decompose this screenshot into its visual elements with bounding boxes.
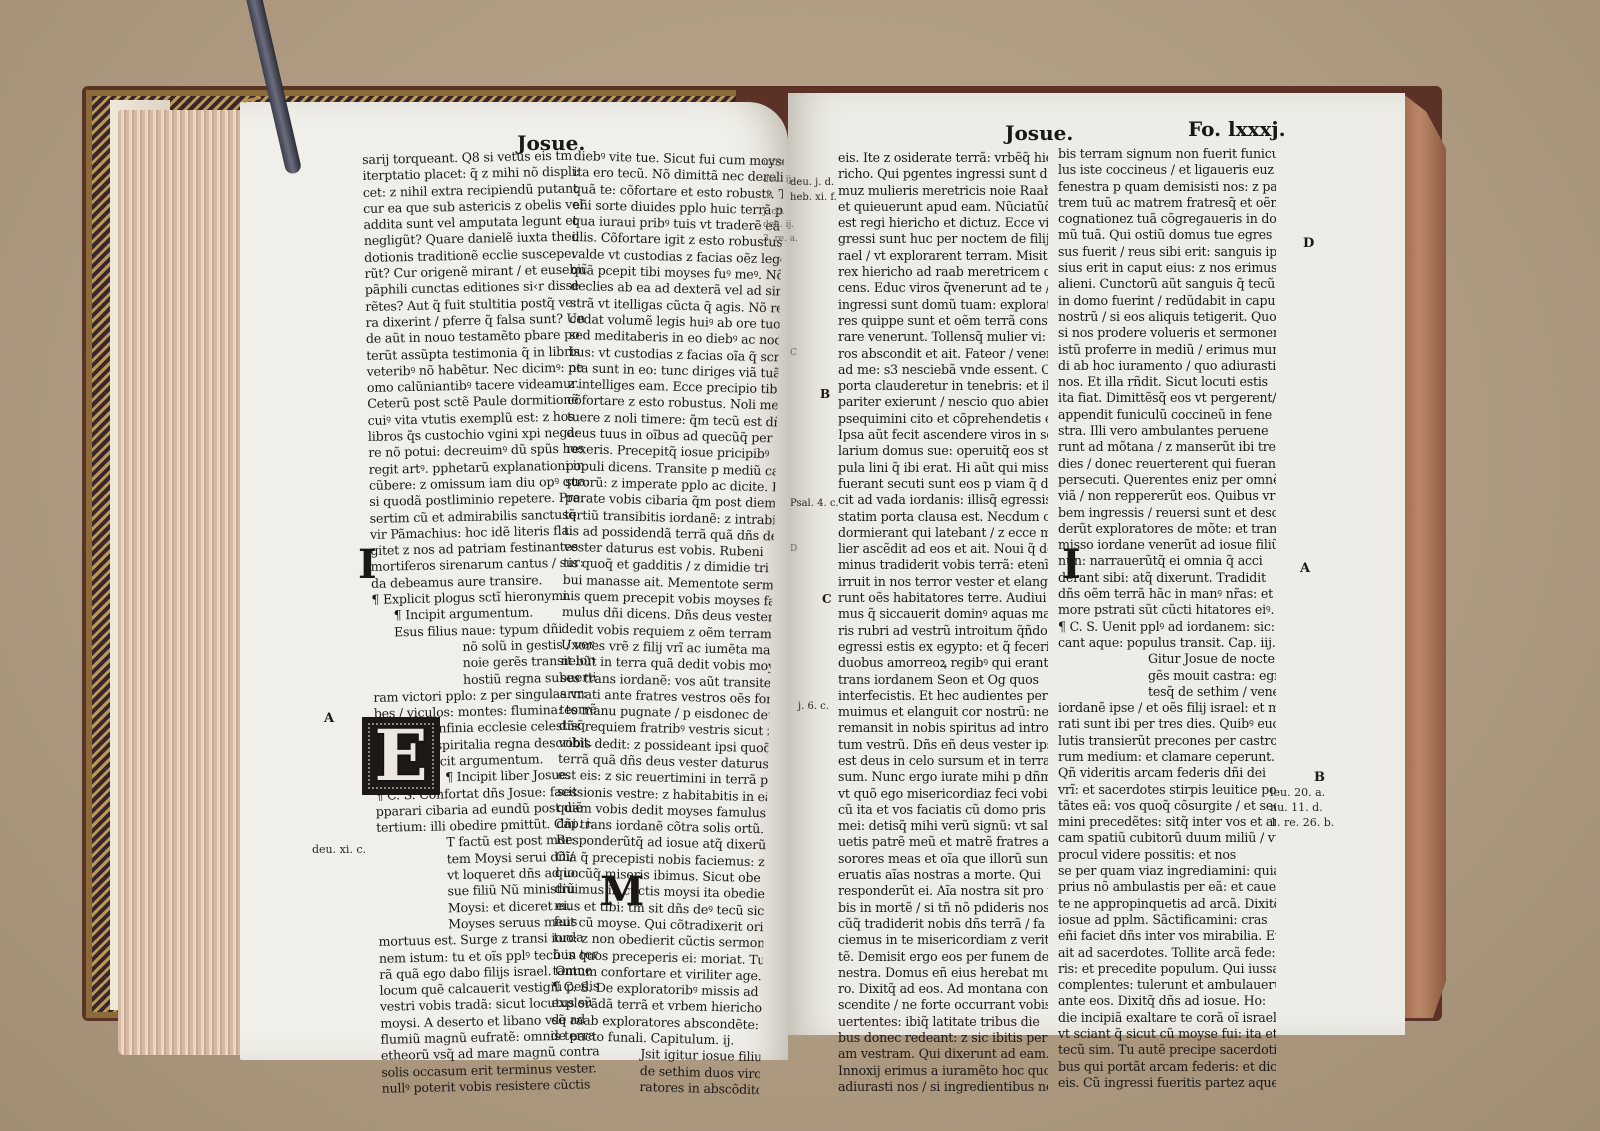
margin-reference: deu. j. d. <box>790 176 834 190</box>
text-line: tum vestrũ. Dñs eñ deus vester ipse <box>838 737 1048 753</box>
text-line: iosue ad pplm. Sãctificamini: cras <box>1058 912 1276 928</box>
text-line: ante eos. Dixitq̃ dñs ad iosue. Ho: <box>1058 993 1276 1009</box>
text-line: lutis transierũt precones per castro: <box>1058 733 1276 749</box>
text-line: dies / donec reuerterent qui fuerant <box>1058 456 1276 472</box>
margin-reference: leu. 20. a. <box>1270 786 1325 800</box>
text-line: interfecistis. Et hec audientes perti <box>838 688 1048 704</box>
text-line: cam spatiũ cubitorũ duum miliũ / vt <box>1058 830 1276 846</box>
text-line: bus donec redeant: z sic ibitis per vi <box>838 1030 1048 1046</box>
text-line: minus tradiderit vobis terrã: etenĩ <box>838 557 1048 573</box>
text-line: res quippe sunt et oẽm terrã conside <box>838 313 1048 329</box>
text-line: irruit in nos terror vester et elangue <box>838 574 1048 590</box>
text-line: te ne appropinquetis ad arcã. Dixitq̃ <box>1058 896 1276 912</box>
text-line: responderũt ei. Aĩa nostra sit pro vo <box>838 883 1048 899</box>
text-line: egressi estis ex egypto: et q̃ feceritis <box>838 639 1048 655</box>
margin-letter-a: A <box>324 711 334 726</box>
text-line: duobus amorreoꝝ regibꝰ qui erant <box>838 655 1048 671</box>
text-line: prius nõ ambulastis per eã: et caue <box>1058 879 1276 895</box>
margin-note: 3. re. a. <box>763 232 798 246</box>
text-line: bis terram signum non fuerit funicu <box>1058 146 1276 162</box>
margin-note: D <box>790 542 797 556</box>
margin-reference: nu. 11. d. <box>1270 801 1323 815</box>
text-line: larium domus sue: operuitq̃ eos sti: <box>838 443 1048 459</box>
text-line: ros abscondit et ait. Fateor / venerũt <box>838 346 1048 362</box>
text-line: cũ ita et vos faciatis cũ domo pris <box>838 802 1048 818</box>
margin-note: deu. ij. <box>763 218 794 232</box>
text-line: si nos prodere volueris et sermonem <box>1058 325 1276 341</box>
text-line: tesq̃ de sethim / venerunt ad <box>1058 684 1276 700</box>
text-line: pula lini q̃ ibi erat. Hi aũt qui missi <box>838 460 1048 476</box>
text-line: cognationez tuã cõgregaueris in do <box>1058 211 1276 227</box>
text-line: persecuti. Querentes eniz per omnẽ <box>1058 472 1276 488</box>
text-line: est regi hiericho et dictuz. Ecce viri i… <box>838 215 1048 231</box>
text-line: vt quõ ego misericordiaz feci vobis/ <box>838 786 1048 802</box>
text-line: fenestra p quam demisisti nos: z pa <box>1058 179 1276 195</box>
text-line: trans iordanem Seon et Og quos <box>838 672 1048 688</box>
text-line: cant aque: populus transit. Cap. iij. <box>1058 635 1276 651</box>
folio-number: Fo. lxxxj. <box>1188 117 1286 141</box>
initial-i-argumentum: I <box>358 545 377 585</box>
text-line: nos. Et illa rñdit. Sicut locuti estis <box>1058 374 1276 390</box>
text-line: nun: narrauerũtq̃ ei omnia q̃ acci <box>1058 553 1276 569</box>
text-line: derant sibi: atq̃ dixerunt. Tradidit <box>1058 570 1276 586</box>
text-line: cit ad vada iordanis: illisq̃ egressis <box>838 492 1048 508</box>
text-line: ita fiat. Dimittẽsq̃ eos vt pergerent/ <box>1058 390 1276 406</box>
text-line: muz mulieris meretricis noie Raab <box>838 183 1048 199</box>
margin-reference: deu. xi. c. <box>312 843 366 857</box>
text-line: est deus in celo sursum et in terra deor <box>838 753 1048 769</box>
text-line: rael / vt explorarent terram. Misitq̃ <box>838 248 1048 264</box>
margin-note: j. co. <box>763 205 785 219</box>
text-line: statim porta clausa est. Necdum ob <box>838 509 1048 525</box>
initial-m: M <box>600 872 644 912</box>
margin-letter-b: B <box>820 387 830 401</box>
text-line: di ab hoc iuramento / quo adiurasti <box>1058 358 1276 374</box>
text-line: bus qui portãt arcam federis: et dic <box>1058 1059 1276 1075</box>
text-line: iordanẽ ipse / et oẽs filij israel: et m… <box>1058 700 1276 716</box>
text-line: complentes: tulerunt et ambulauerũt <box>1058 977 1276 993</box>
text-line: appendit funiculũ coccineũ in fene <box>1058 407 1276 423</box>
text-line: am vestram. Qui dixerunt ad eam. <box>838 1046 1048 1062</box>
text-line: procul videre possitis: et nos <box>1058 847 1276 863</box>
text-line: psequimini cito et cõprehendetis eos. <box>838 411 1048 427</box>
margin-reference: Psal. 4. c. <box>790 497 839 511</box>
text-line: tãtes eã: vos quoq̃ cõsurgite / et sequi <box>1058 798 1276 814</box>
text-line: adiurasti nos / si ingredientibus nob <box>838 1079 1048 1095</box>
margin-note: C <box>790 346 797 360</box>
text-line: dormierant qui latebant / z ecce mu <box>838 525 1048 541</box>
margin-reference: 1. re. 26. b. <box>1270 816 1334 830</box>
text-line: Qñ videritis arcam federis dñi dei <box>1058 765 1276 781</box>
text-line: mei: detisq̃ mihi verũ signũ: vt sal <box>838 818 1048 834</box>
text-line: eruatis aĩas nostras a morte. Qui <box>838 867 1048 883</box>
text-line: bem ingressis / reuersi sunt et descen <box>1058 505 1276 521</box>
woodcut-initial-e: E <box>362 717 440 795</box>
text-line: derũt exploratores de mõte: et trans: <box>1058 521 1276 537</box>
text-line: ait ad sacerdotes. Tollite arcã fede: <box>1058 945 1276 961</box>
margin-letter-b: B <box>1314 770 1325 785</box>
margin-letter-c: C <box>822 592 832 606</box>
text-line: richo. Qui pgentes ingressi sunt do: <box>838 166 1048 182</box>
text-line: mus q̃ siccauerit dominꝰ aquas ma <box>838 606 1048 622</box>
margin-note: infra <box>763 156 785 170</box>
text-line: porta clauderetur in tenebris: et illi <box>838 378 1048 394</box>
text-line: Innoxij erimus a iuramẽto hoc quo <box>838 1063 1048 1079</box>
text-line: tẽ. Demisit ergo eos per funem de fe <box>838 949 1048 965</box>
text-line: istũ proferre in mediũ / erimus mun <box>1058 342 1276 358</box>
text-line: nestra. Domus eñ eius herebat mu <box>838 965 1048 981</box>
text-line: alieni. Cunctorũ aũt sanguis q̃ tecũ <box>1058 276 1276 292</box>
text-line: ris rubri ad vestrũ introitum q̃ñdo <box>838 623 1048 639</box>
margin-reference: heb. xi. f. <box>790 191 837 205</box>
text-line: bis in mortẽ / si tñ nõ pdideris nos: <box>838 900 1048 916</box>
text-line: rum medium: et clamare ceperunt. <box>1058 749 1276 765</box>
text-line: rare venerunt. Tollensq̃ mulier vi: <box>838 329 1048 345</box>
margin-letter-d: D <box>1303 236 1314 251</box>
right-running-head: Josue. <box>1005 121 1073 145</box>
text-line: misso iordane venerũt ad iosue filiũ <box>1058 537 1276 553</box>
text-line: Ipsa aũt fecit ascendere viros in so: <box>838 427 1048 443</box>
text-line: ¶ C. S. Uenit pplꝰ ad iordanem: sic: <box>1058 619 1276 635</box>
text-line: sorores meas et oĩa que illorũ sunt: z <box>838 851 1048 867</box>
text-line: dñs oẽm terrã hãc in manꝰ nr̃as: et ti <box>1058 586 1276 602</box>
text-line: scendite / ne forte occurrant vobis re <box>838 997 1048 1013</box>
margin-note: B <box>766 189 773 203</box>
text-line: mini precedẽtes: sitq̃ inter vos et ar <box>1058 814 1276 830</box>
text-line: ingressi sunt domũ tuam: exploratores <box>838 297 1048 313</box>
text-line: cũq̃ tradiderit nobis dñs terrã / fa <box>838 916 1048 932</box>
text-line: ro. Dixitq̃ ad eos. Ad montana con <box>838 981 1048 997</box>
text-line: ad me: s3 nesciebã vnde essent. Cũq̃ <box>838 362 1048 378</box>
text-line: runt oẽs habitatores terre. Audiui <box>838 590 1048 606</box>
text-line: more pstrati sũt cũcti hitatores eiꝰ. <box>1058 602 1276 618</box>
margin-reference: j. 6. c. <box>798 700 829 714</box>
text-line: rati sunt ibi per tres dies. Quibꝰ euo <box>1058 716 1276 732</box>
text-line: die incipiã exaltare te corã oĩ israel <box>1058 1010 1276 1026</box>
text-line: sius erit in caput eius: z nos erimus <box>1058 260 1276 276</box>
text-line: ciemus in te misericordiam z veritã <box>838 932 1048 948</box>
text-line: uertentes: ibiq̃ latitate tribus die <box>838 1014 1048 1030</box>
right-page-edges <box>1402 93 1446 1018</box>
left-page-edges <box>118 110 248 1055</box>
text-line: eñi faciet dñs inter vos mirabilia. Et <box>1058 928 1276 944</box>
text-line: lier ascẽdit ad eos et ait. Noui q̃ do <box>838 541 1048 557</box>
text-line: fuerant secuti sunt eos p viam q̃ du <box>838 476 1048 492</box>
text-line: vt sciant q̃ sicut cũ moyse fui: ita et <box>1058 1026 1276 1042</box>
text-line: et quieuerunt apud eam. Nũciatũq̃ <box>838 199 1048 215</box>
text-line: muimus et elanguit cor nostrũ: nec <box>838 704 1048 720</box>
text-line: tecũ sim. Tu autẽ precipe sacerdoti: <box>1058 1042 1276 1058</box>
text-line: sus fuerit / reus sibi erit: sanguis ip <box>1058 244 1276 260</box>
text-line: Gitur Josue de nocte consur: <box>1058 651 1276 667</box>
right-page-column-2: bis terram signum non fuerit funiculus i… <box>1058 146 1276 1091</box>
text-line: trem tuũ ac matrem fratresq̃ et oẽm <box>1058 195 1276 211</box>
text-line: remansit in nobis spiritus ad introi <box>838 720 1048 736</box>
text-line: in domo fuerint / redũdabit in caput <box>1058 293 1276 309</box>
text-line: rex hiericho ad raab meretricem di: <box>838 264 1048 280</box>
text-line: gressi sunt huc per noctem de filijs is: <box>838 231 1048 247</box>
text-line: cens. Educ viros q̃venerunt ad te / et <box>838 280 1048 296</box>
text-line: eis. Ite z osiderate terrã: vrbẽq̃ hie: <box>838 150 1048 166</box>
text-line: uetis patrẽ meũ et matrẽ fratres ac <box>838 834 1048 850</box>
right-page-column-1: eis. Ite z osiderate terrã: vrbẽq̃ hie:r… <box>838 150 1048 1095</box>
text-line: nostrũ / si eos aliquis tetigerit. Quod <box>1058 309 1276 325</box>
text-line: mũ tuã. Qui ostiũ domus tue egres <box>1058 227 1276 243</box>
text-line: se per quam viaz ingrediamini: quia <box>1058 863 1276 879</box>
text-line: viã / non reppererũt eos. Quibus vr: <box>1058 488 1276 504</box>
text-line: runt ad mõtana / z manserũt ibi tres <box>1058 439 1276 455</box>
text-line: stra. Illi vero ambulantes peruene <box>1058 423 1276 439</box>
text-line: eis. Cũ ingressi fueritis partez aque <box>1058 1075 1276 1091</box>
text-line: gẽs mouit castra: egredien: <box>1058 668 1276 684</box>
text-line: ris: et precedite populum. Qui iussa <box>1058 961 1276 977</box>
text-line: pariter exierunt / nescio quo abierũt: <box>838 394 1048 410</box>
text-line: sum. Nunc ergo iurate mihi p dñm <box>838 769 1048 785</box>
left-page-column-2: diebꝰ vite tue. Sicut fui cum moyseita e… <box>549 148 784 1098</box>
text-line: lus iste coccineus / et ligaueris euz in <box>1058 162 1276 178</box>
margin-letter-a: A <box>1300 561 1310 576</box>
initial-i-cap3: I <box>1062 545 1081 585</box>
text-line: vrĩ: et sacerdotes stirpis leuitice por <box>1058 782 1276 798</box>
